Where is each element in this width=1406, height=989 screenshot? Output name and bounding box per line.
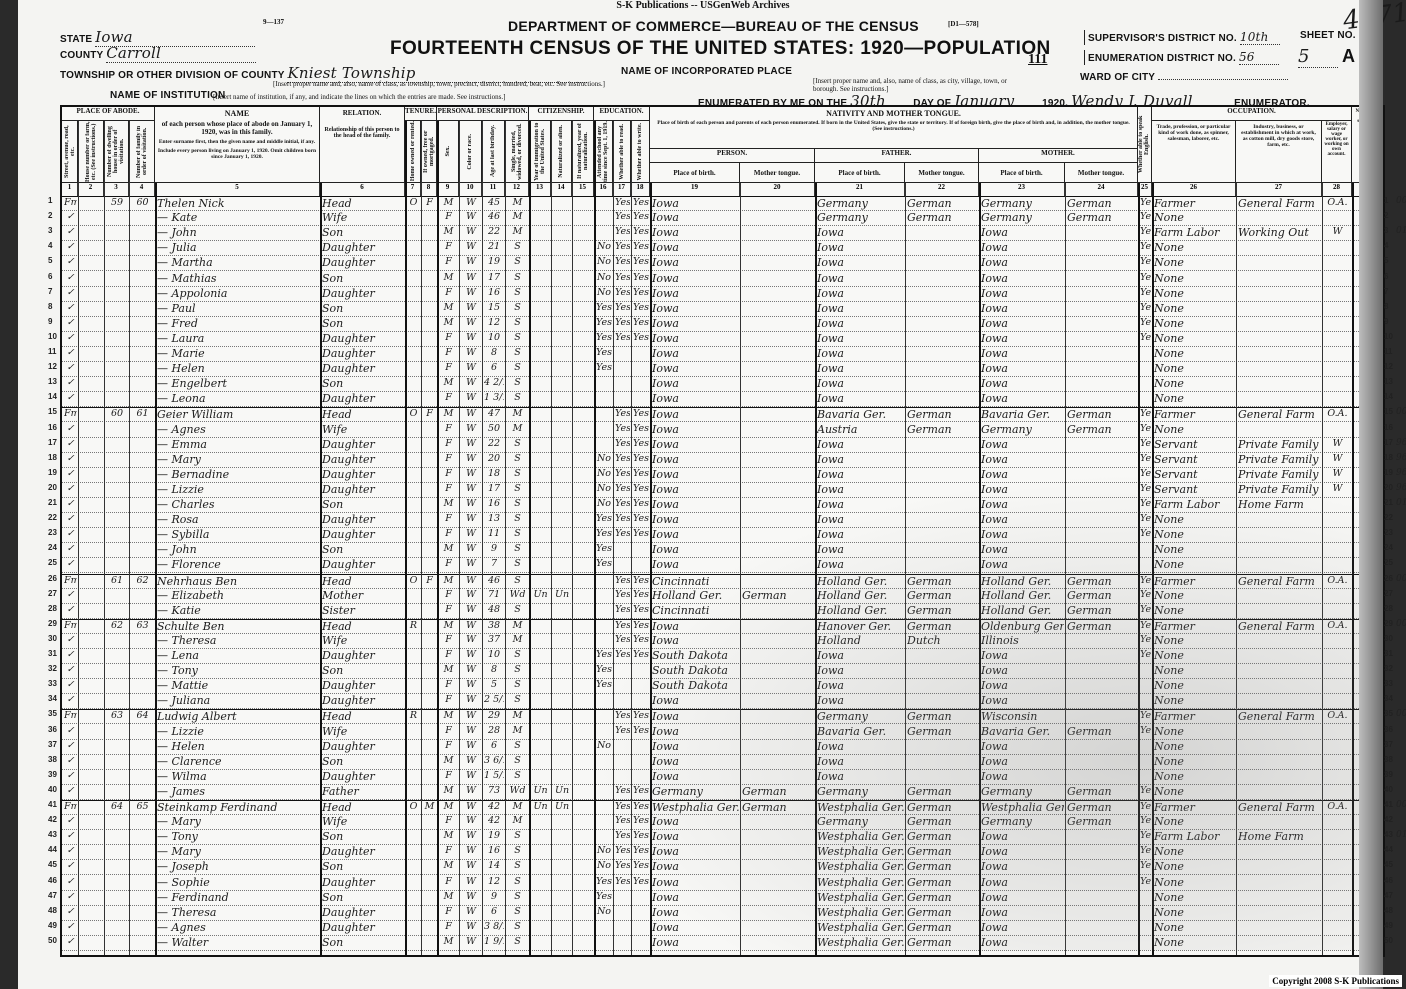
cell-pob: Iowa — [652, 347, 739, 362]
cell-write: Yes — [633, 272, 649, 287]
cell-mpob: Iowa — [981, 272, 1064, 287]
header-street-text: Street, avenue, road, etc. — [64, 121, 76, 182]
cell-age: 8 — [484, 664, 504, 679]
cell-fpob: Iowa — [817, 241, 904, 256]
form-number: 9—137 — [263, 18, 284, 26]
cell-age: 17 — [484, 483, 504, 498]
supervisor-value: 10th — [1240, 30, 1280, 45]
margin-code: 010 — [1396, 498, 1406, 508]
cell-name: — Rosa — [157, 513, 319, 528]
header-name-title: NAME — [157, 109, 317, 118]
line-number-left: 33 — [48, 679, 57, 688]
cell-write: Yes — [633, 256, 649, 271]
cell-trade: Farm Labor — [1154, 498, 1235, 513]
cell-fpob: Iowa — [817, 226, 904, 241]
header-name-desc: of each person whose place of abode on J… — [157, 120, 317, 136]
cell-street: Fm — [64, 408, 77, 423]
table-row: ✓— JohnSonMW22MYesYesIowaIowaIowaYesFarm… — [62, 226, 1383, 241]
cell-name: — Lena — [157, 649, 319, 664]
cell-fpob: Westphalia Ger. — [817, 860, 904, 875]
cell-sex: F — [439, 483, 458, 498]
header-school-text: Attended school any time since Sept. 1, … — [597, 121, 609, 182]
cell-mar: S — [507, 921, 528, 936]
line-number-right: 14 — [1384, 392, 1393, 401]
column-number: 16 — [594, 183, 613, 196]
table-row: Fm6465Steinkamp FerdinandHeadOMMW42MUnUn… — [62, 800, 1383, 815]
cell-fpob: Iowa — [817, 317, 904, 332]
cell-emp: O.A. — [1324, 710, 1351, 725]
line-number-left: 48 — [48, 906, 57, 915]
header-imm: Year of immigration to the United States… — [529, 121, 551, 183]
table-row: ✓— LauraDaughterFW10SYesYesYesIowaIowaIo… — [62, 332, 1383, 347]
line-number-left: 37 — [48, 740, 57, 749]
institution-note: [Insert name of institution, if any, and… — [213, 93, 573, 101]
cell-trade: None — [1154, 755, 1235, 770]
cell-rel: Mother — [322, 589, 404, 604]
cell-fmt: German — [907, 891, 978, 906]
cell-own: O — [407, 197, 420, 212]
cell-fam: 61 — [131, 408, 154, 423]
column-number: 18 — [631, 183, 650, 196]
cell-mpob: Iowa — [981, 377, 1064, 392]
line-number-left: 19 — [48, 468, 57, 477]
cell-race: W — [461, 468, 481, 483]
department-heading: DEPARTMENT OF COMMERCE—BUREAU OF THE CEN… — [508, 18, 919, 34]
line-number-right: 5 — [1384, 256, 1388, 265]
cell-pob: Iowa — [652, 634, 739, 649]
cell-write: Yes — [633, 815, 649, 830]
line-number-right: 29 — [1384, 619, 1393, 628]
cell-school: Yes — [596, 543, 612, 558]
cell-school: No — [596, 498, 612, 513]
column-number: 8 — [421, 183, 437, 196]
cell-read: Yes — [615, 197, 630, 212]
cell-farm: 51 — [1354, 575, 1382, 590]
header-tenure: TENURE. — [405, 107, 437, 121]
cell-street: ✓ — [64, 272, 77, 287]
cell-race: W — [461, 740, 481, 755]
column-divider — [1236, 183, 1237, 955]
table-row: ✓— SybillaDaughterFW11SYesYesYesIowaIowa… — [62, 528, 1383, 543]
cell-mpob: Iowa — [981, 528, 1064, 543]
township-note: [Insert proper name and, also, name of c… — [273, 80, 623, 88]
cell-street: ✓ — [64, 287, 77, 302]
cell-pob: Iowa — [652, 513, 739, 528]
cell-street: ✓ — [64, 241, 77, 256]
cell-trade: Servant — [1154, 438, 1235, 453]
line-number-left: 23 — [48, 528, 57, 537]
cell-race: W — [461, 604, 481, 619]
cell-pob: Holland Ger. — [652, 589, 739, 604]
cell-name: — Appolonia — [157, 287, 319, 302]
cell-pob: South Dakota — [652, 649, 739, 664]
cell-trade: None — [1154, 649, 1235, 664]
cell-rel: Head — [322, 620, 404, 635]
header-fam: Number of family in order of visitation. — [129, 121, 155, 183]
cell-race: W — [461, 438, 481, 453]
cell-mpob: Iowa — [981, 936, 1064, 951]
form-code: [D1—578] — [948, 20, 979, 28]
cell-eng: Yes — [1140, 815, 1151, 830]
header-name: NAME of each person whose place of abode… — [155, 107, 320, 183]
cell-mpob: Iowa — [981, 392, 1064, 407]
cell-school: No — [596, 740, 612, 755]
cell-read: Yes — [615, 317, 630, 332]
cell-fpob: Iowa — [817, 362, 904, 377]
header-mar: Single, married, widowed, or divorced. — [505, 121, 529, 183]
cell-street: ✓ — [64, 392, 77, 407]
cell-rel: Daughter — [322, 513, 404, 528]
cell-rel: Daughter — [322, 845, 404, 860]
cell-age: 19 — [484, 256, 504, 271]
cell-pob: Iowa — [652, 740, 739, 755]
column-number: 28 — [1322, 183, 1352, 196]
cell-age: 3 8/12 — [484, 921, 504, 936]
cell-mmt: German — [1067, 197, 1137, 212]
cell-sex: M — [439, 710, 458, 725]
cell-ind: General Farm — [1238, 620, 1321, 635]
cell-ind: Private Family — [1238, 468, 1321, 483]
cell-pob: South Dakota — [652, 679, 739, 694]
line-number-right: 6 — [1384, 272, 1388, 281]
cell-trade: None — [1154, 211, 1235, 226]
cell-write: Yes — [633, 438, 649, 453]
cell-street: ✓ — [64, 604, 77, 619]
column-number: 26 — [1152, 183, 1236, 196]
cell-mmt: German — [1067, 423, 1137, 438]
cell-fmt: German — [907, 815, 978, 830]
cell-street: ✓ — [64, 755, 77, 770]
cell-pob: Iowa — [652, 936, 739, 951]
table-row: Fm6263Schulte BenHeadRMW38MYesYesIowaHan… — [62, 619, 1383, 634]
cell-sex: F — [439, 694, 458, 709]
cell-name: — Helen — [157, 740, 319, 755]
cell-school: Yes — [596, 891, 612, 906]
cell-emp: O.A. — [1324, 801, 1351, 816]
line-number-right: 44 — [1384, 845, 1393, 854]
margin-code: 000 — [1396, 619, 1406, 629]
table-row: ✓— FerdinandSonMW9SYesIowaWestphalia Ger… — [62, 891, 1383, 906]
line-number-left: 31 — [48, 649, 57, 658]
cell-name: — Theresa — [157, 906, 319, 921]
cell-eng: Yes — [1140, 226, 1151, 241]
cell-name: — Laura — [157, 332, 319, 347]
cell-write: Yes — [633, 830, 649, 845]
cell-fmt: German — [907, 801, 978, 816]
column-number-row: 1234567891011121314151617181920212223242… — [62, 183, 1383, 197]
line-number-right: 39 — [1384, 770, 1393, 779]
column-divider — [815, 183, 817, 955]
cell-race: W — [461, 921, 481, 936]
cell-race: W — [461, 710, 481, 725]
cell-trade: Farmer — [1154, 575, 1235, 590]
cell-mpob: Iowa — [981, 317, 1064, 332]
cell-pob: Iowa — [652, 211, 739, 226]
header-speak-english: Whether able to speak English. — [1138, 107, 1152, 183]
cell-pob: Iowa — [652, 558, 739, 573]
cell-age: 22 — [484, 438, 504, 453]
cell-fpob: Iowa — [817, 302, 904, 317]
cell-name: — Joseph — [157, 860, 319, 875]
cell-pob: Iowa — [652, 815, 739, 830]
incorporated-place-label: NAME OF INCORPORATED PLACE — [621, 66, 792, 77]
cell-mpob: Iowa — [981, 287, 1064, 302]
cell-read: Yes — [615, 241, 630, 256]
cell-name: — Walter — [157, 936, 319, 951]
cell-mmt: German — [1067, 604, 1137, 619]
line-number-right: 2 — [1384, 211, 1388, 220]
cell-street: ✓ — [64, 770, 77, 785]
line-number-right: 4 — [1384, 241, 1388, 250]
cell-mar: S — [507, 332, 528, 347]
cell-mar: S — [507, 936, 528, 951]
cell-mpob: Iowa — [981, 694, 1064, 709]
cell-fpob: Hanover Ger. — [817, 620, 904, 635]
header-personal: PERSONAL DESCRIPTION. — [437, 107, 529, 121]
table-row: ✓— MaryDaughterFW16SNoYesYesIowaWestphal… — [62, 845, 1383, 860]
cell-pob: Iowa — [652, 272, 739, 287]
cell-street: ✓ — [64, 226, 77, 241]
line-number-left: 24 — [48, 543, 57, 552]
cell-mar: M — [507, 408, 528, 423]
cell-trade: None — [1154, 317, 1235, 332]
ward-field: WARD OF CITY — [1080, 72, 1288, 83]
cell-age: 38 — [484, 620, 504, 635]
line-number-left: 25 — [48, 558, 57, 567]
cell-fam: 64 — [131, 710, 154, 725]
line-number-right: 10 — [1384, 332, 1393, 341]
cell-write: Yes — [633, 302, 649, 317]
cell-age: 42 — [484, 801, 504, 816]
cell-fpob: Iowa — [817, 664, 904, 679]
cell-name: — Elizabeth — [157, 589, 319, 604]
cell-eng: Yes — [1140, 830, 1151, 845]
cell-sex: F — [439, 513, 458, 528]
cell-fam: 65 — [131, 801, 154, 816]
column-divider — [529, 121, 531, 955]
cell-trade: None — [1154, 634, 1235, 649]
cell-eng: Yes — [1140, 589, 1151, 604]
cell-trade: Farmer — [1154, 620, 1235, 635]
line-number-left: 36 — [48, 725, 57, 734]
cell-rel: Daughter — [322, 906, 404, 921]
header-nat: Naturalized or alien. — [551, 121, 572, 183]
cell-eng: Yes — [1140, 876, 1151, 891]
cell-write: Yes — [633, 604, 649, 619]
cell-rel: Daughter — [322, 679, 404, 694]
cell-rel: Daughter — [322, 740, 404, 755]
header-race: Color or race. — [459, 121, 482, 183]
cell-school: No — [596, 287, 612, 302]
cell-race: W — [461, 679, 481, 694]
cell-mpob: Iowa — [981, 438, 1064, 453]
cell-mpob: Iowa — [981, 483, 1064, 498]
cell-ind: Working Out — [1238, 226, 1321, 241]
line-number-left: 30 — [48, 634, 57, 643]
cell-write: Yes — [633, 423, 649, 438]
cell-trade: Servant — [1154, 453, 1235, 468]
line-number-left: 50 — [48, 936, 57, 945]
cell-rel: Son — [322, 226, 404, 241]
cell-rel: Daughter — [322, 558, 404, 573]
margin-code: 960 — [1396, 483, 1406, 493]
cell-name: — James — [157, 785, 319, 800]
cell-race: W — [461, 226, 481, 241]
cell-age: 17 — [484, 272, 504, 287]
cell-street: Fm — [64, 575, 77, 590]
cell-age: 10 — [484, 332, 504, 347]
column-divider — [505, 121, 506, 955]
header-employer: Employer, salary or wage worker, or work… — [1322, 121, 1352, 183]
cell-pob: Iowa — [652, 755, 739, 770]
cell-sex: M — [439, 543, 458, 558]
cell-age: 8 — [484, 347, 504, 362]
column-divider — [979, 183, 981, 955]
table-row: ✓— AgnesWifeFW50MYesYesIowaAustriaGerman… — [62, 423, 1383, 438]
cell-fmt: German — [907, 936, 978, 951]
cell-rel: Daughter — [322, 770, 404, 785]
cell-fpob: Iowa — [817, 377, 904, 392]
cell-mar: S — [507, 317, 528, 332]
cell-name: — Wilma — [157, 770, 319, 785]
cell-write: Yes — [633, 211, 649, 226]
cell-name: — Tony — [157, 664, 319, 679]
cell-rel: Head — [322, 801, 404, 816]
cell-fmt: German — [907, 620, 978, 635]
cell-age: 12 — [484, 317, 504, 332]
cell-write: Yes — [633, 408, 649, 423]
cell-street: ✓ — [64, 453, 77, 468]
cell-race: W — [461, 272, 481, 287]
cell-eng: Yes — [1140, 528, 1151, 543]
cell-mpob: Iowa — [981, 740, 1064, 755]
cell-own: R — [407, 710, 420, 725]
cell-school: No — [596, 241, 612, 256]
cell-race: W — [461, 241, 481, 256]
cell-name: — Lizzie — [157, 725, 319, 740]
line-number-right: 15 — [1384, 407, 1393, 416]
header-mort-text: If owned, free or mortgaged. — [423, 121, 435, 182]
cell-street: ✓ — [64, 860, 77, 875]
cell-age: 7 — [484, 558, 504, 573]
cell-age: 22 — [484, 226, 504, 241]
cell-mar: M — [507, 226, 528, 241]
cell-fpob: Iowa — [817, 649, 904, 664]
cell-sex: F — [439, 634, 458, 649]
line-number-right: 20 — [1384, 483, 1393, 492]
header-mort: If owned, free or mortgaged. — [421, 121, 437, 183]
cell-sex: F — [439, 468, 458, 483]
cell-race: W — [461, 936, 481, 951]
cell-race: W — [461, 589, 481, 604]
header-nativity: NATIVITY AND MOTHER TONGUE. Place of bir… — [650, 107, 1138, 149]
cell-mpob: Iowa — [981, 770, 1064, 785]
cell-name: — Mary — [157, 845, 319, 860]
cell-age: 46 — [484, 575, 504, 590]
institution-label: NAME OF INSTITUTION — [110, 90, 225, 101]
cell-rel: Daughter — [322, 694, 404, 709]
cell-read: Yes — [615, 845, 630, 860]
cell-mpob: Illinois — [981, 634, 1064, 649]
cell-eng: Yes — [1140, 498, 1151, 513]
cell-fmt: German — [907, 845, 978, 860]
cell-school: Yes — [596, 347, 612, 362]
cell-mar: S — [507, 694, 528, 709]
cell-race: W — [461, 815, 481, 830]
cell-race: W — [461, 694, 481, 709]
cell-mpob: Oldenburg Ger. — [981, 620, 1064, 635]
header-speak-english-text: Whether able to speak English. — [1138, 107, 1150, 182]
line-number-left: 16 — [48, 423, 57, 432]
column-number: 23 — [979, 183, 1065, 196]
cell-mpob: Iowa — [981, 468, 1064, 483]
cell-eng: Yes — [1140, 649, 1151, 664]
table-row: ✓— FredSonMW12SYesYesYesIowaIowaIowaYesN… — [62, 317, 1383, 332]
cell-age: 12 — [484, 876, 504, 891]
cell-school: No — [596, 860, 612, 875]
cell-race: W — [461, 620, 481, 635]
cell-street: ✓ — [64, 921, 77, 936]
header-own-text: Home owned or rented. — [410, 121, 416, 181]
line-number-right: 23 — [1384, 528, 1393, 537]
cell-rel: Son — [322, 891, 404, 906]
cell-sex: F — [439, 770, 458, 785]
cell-street: ✓ — [64, 815, 77, 830]
sheet-value: 5 — [1298, 46, 1338, 68]
cell-mpob: Iowa — [981, 256, 1064, 271]
column-divider — [631, 121, 632, 955]
page-title: FOURTEENTH CENSUS OF THE UNITED STATES: … — [390, 38, 1051, 60]
cell-sex: F — [439, 211, 458, 226]
cell-dw: 61 — [106, 575, 128, 590]
cell-mpob: Iowa — [981, 226, 1064, 241]
cell-fpob: Iowa — [817, 679, 904, 694]
cell-school: No — [596, 468, 612, 483]
header-school: Attended school any time since Sept. 1, … — [594, 121, 613, 183]
line-number-right: 12 — [1384, 362, 1393, 371]
cell-sex: F — [439, 287, 458, 302]
cell-street: ✓ — [64, 211, 77, 226]
cell-mar: M — [507, 197, 528, 212]
cell-trade: None — [1154, 845, 1235, 860]
cell-eng: Yes — [1140, 302, 1151, 317]
header-person-birthplace: Place of birth. — [650, 163, 740, 183]
cell-age: 1 9/12 — [484, 936, 504, 951]
cell-fpob: Iowa — [817, 770, 904, 785]
margin-code: 000 — [1396, 196, 1406, 206]
column-divider — [572, 121, 573, 955]
cell-mpob: Iowa — [981, 453, 1064, 468]
cell-age: 13 — [484, 513, 504, 528]
cell-mar: S — [507, 362, 528, 377]
line-number-right: 45 — [1384, 860, 1393, 869]
cell-write: Yes — [633, 513, 649, 528]
header-sex: Sex. — [437, 121, 459, 183]
cell-name: Steinkamp Ferdinand — [157, 801, 319, 816]
cell-trade: None — [1154, 377, 1235, 392]
table-row: Fm6061Geier WilliamHeadOFMW47MYesYesIowa… — [62, 407, 1383, 422]
table-row: ✓— BernadineDaughterFW18SNoYesYesIowaIow… — [62, 468, 1383, 483]
table-row: ✓— PaulSonMW15SYesYesYesIowaIowaIowaYesN… — [62, 302, 1383, 317]
enumeration-value: 56 — [1239, 50, 1279, 65]
township-label: TOWNSHIP OR OTHER DIVISION OF COUNTY — [60, 70, 284, 81]
cell-race: W — [461, 785, 481, 800]
cell-age: 28 — [484, 725, 504, 740]
cell-trade: None — [1154, 785, 1235, 800]
column-divider — [104, 121, 105, 955]
cell-trade: Farmer — [1154, 408, 1235, 423]
table-row: ✓— WilmaDaughterFW1 5/12SIowaIowaIowaNon… — [62, 770, 1383, 785]
